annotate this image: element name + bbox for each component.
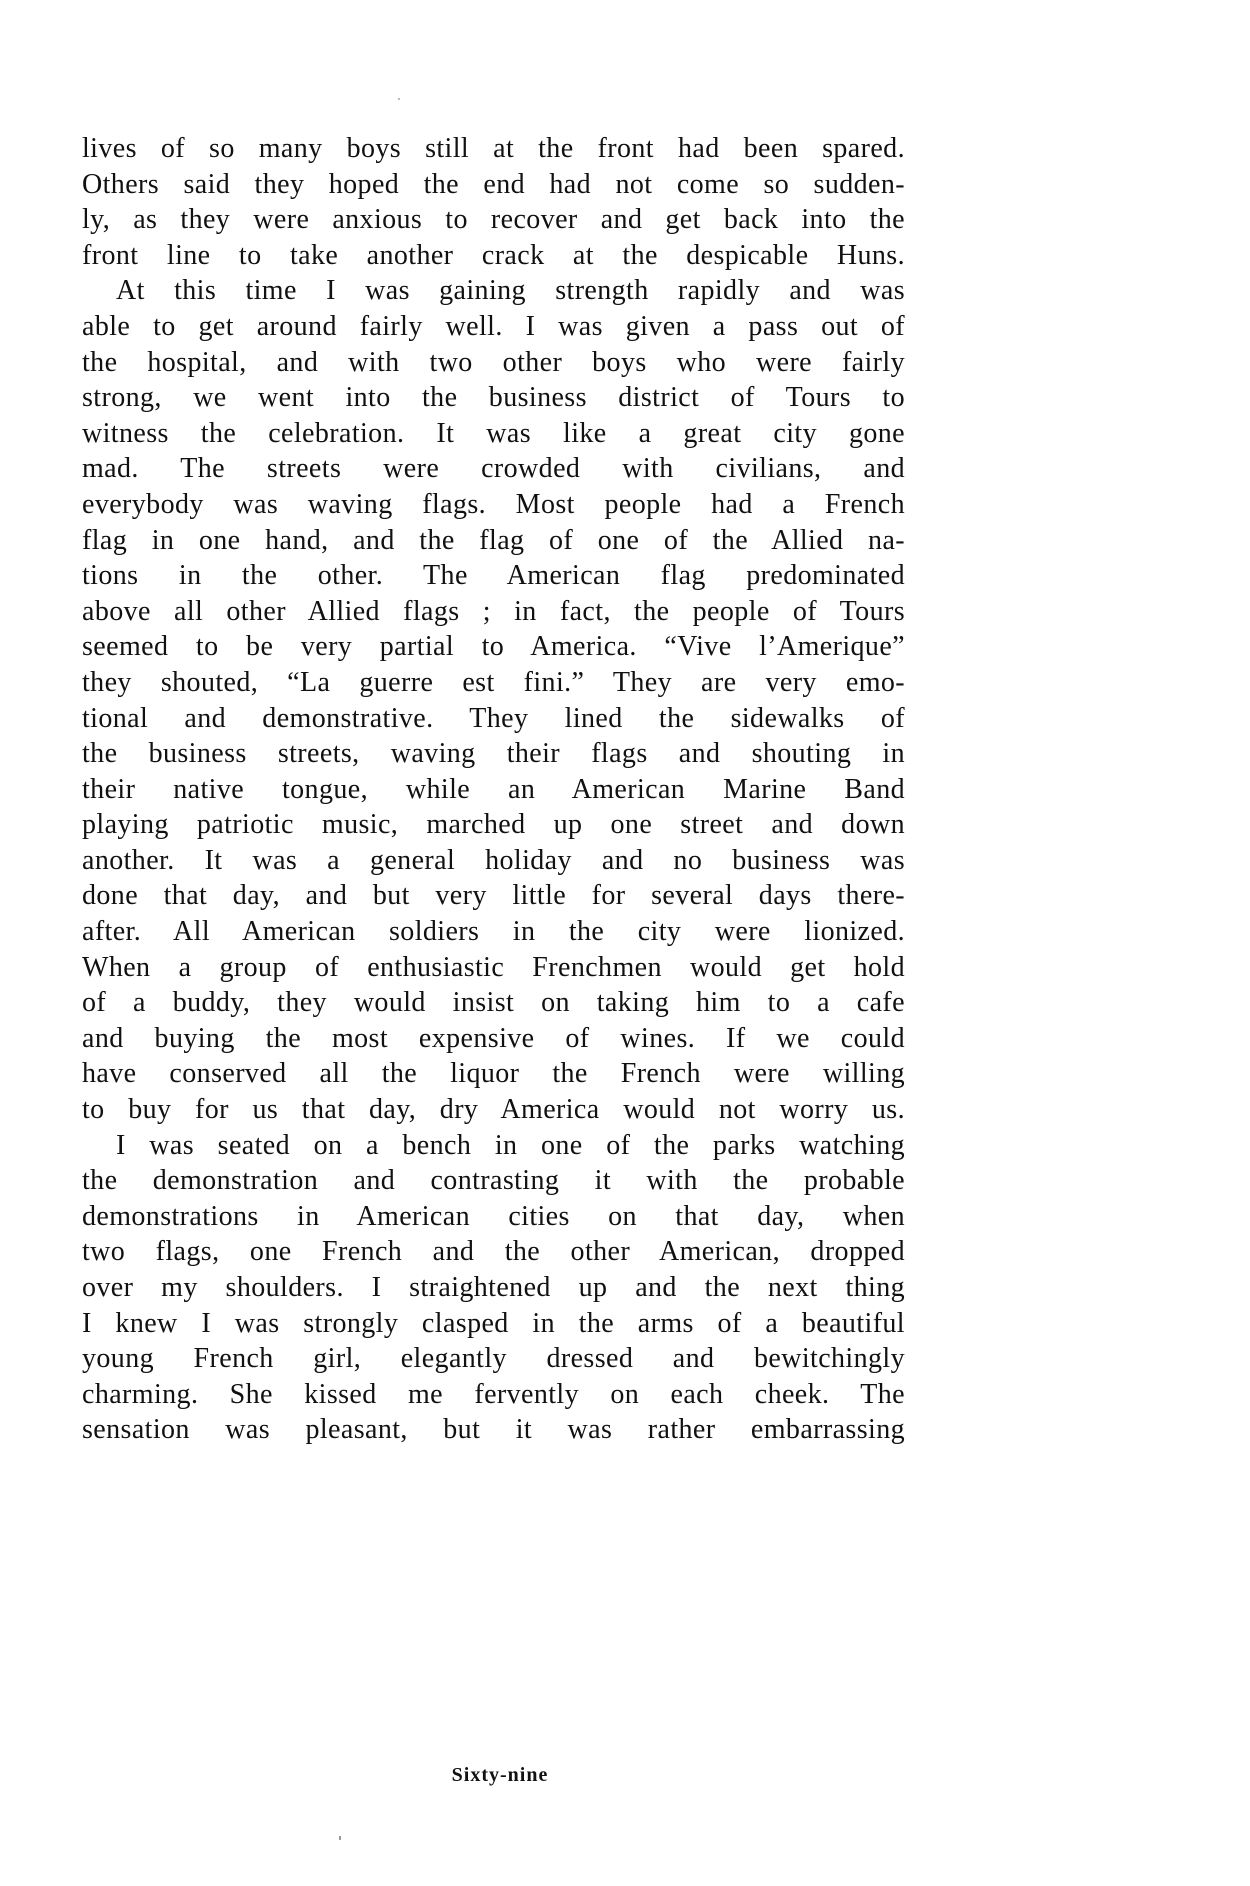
paragraph-1: lives of so many boys still at the front… <box>82 131 905 273</box>
text-line: the demonstration and contrasting it wit… <box>82 1163 905 1199</box>
text-line: sensation was pleasant, but it was rathe… <box>82 1412 905 1448</box>
text-line: front line to take another crack at the … <box>82 238 905 274</box>
text-line: their native tongue, while an American M… <box>82 772 905 808</box>
text-line: tional and demonstrative. They lined the… <box>82 701 905 737</box>
text-line: charming. She kissed me fervently on eac… <box>82 1377 905 1413</box>
text-line: everybody was waving flags. Most people … <box>82 487 905 523</box>
text-line: another. It was a general holiday and no… <box>82 843 905 879</box>
text-line: and buying the most expensive of wines. … <box>82 1021 905 1057</box>
paragraph-3: I was seated on a bench in one of the pa… <box>82 1128 905 1448</box>
page-number: Sixty-nine <box>0 1764 1000 1787</box>
text-line: mad. The streets were crowded with civil… <box>82 451 905 487</box>
text-line: At this time I was gaining strength rapi… <box>82 273 905 309</box>
text-line: after. All American soldiers in the city… <box>82 914 905 950</box>
text-line: able to get around fairly well. I was gi… <box>82 309 905 345</box>
text-line: have conserved all the liquor the French… <box>82 1056 905 1092</box>
paragraph-2: At this time I was gaining strength rapi… <box>82 273 905 1127</box>
body-text: lives of so many boys still at the front… <box>82 131 905 1448</box>
text-line: flag in one hand, and the flag of one of… <box>82 523 905 559</box>
text-line: ly, as they were anxious to recover and … <box>82 202 905 238</box>
text-line: they shouted, “La guerre est fini.” They… <box>82 665 905 701</box>
text-line: done that day, and but very little for s… <box>82 878 905 914</box>
text-line: witness the celebration. It was like a g… <box>82 416 905 452</box>
scan-speck <box>398 98 400 100</box>
text-line: two flags, one French and the other Amer… <box>82 1234 905 1270</box>
text-line: tions in the other. The American flag pr… <box>82 558 905 594</box>
text-line: to buy for us that day, dry America woul… <box>82 1092 905 1128</box>
text-line: of a buddy, they would insist on taking … <box>82 985 905 1021</box>
text-line: lives of so many boys still at the front… <box>82 131 905 167</box>
text-line: above all other Allied flags ; in fact, … <box>82 594 905 630</box>
text-line: the hospital, and with two other boys wh… <box>82 345 905 381</box>
text-line: When a group of enthusiastic Frenchmen w… <box>82 950 905 986</box>
text-line: I knew I was strongly clasped in the arm… <box>82 1306 905 1342</box>
text-line: over my shoulders. I straightened up and… <box>82 1270 905 1306</box>
text-line: seemed to be very partial to America. “V… <box>82 629 905 665</box>
text-line: the business streets, waving their flags… <box>82 736 905 772</box>
book-page: lives of so many boys still at the front… <box>0 0 1250 1886</box>
scan-speck <box>339 1836 341 1840</box>
text-line: strong, we went into the business distri… <box>82 380 905 416</box>
text-line: young French girl, elegantly dressed and… <box>82 1341 905 1377</box>
text-line: playing patriotic music, marched up one … <box>82 807 905 843</box>
text-line: Others said they hoped the end had not c… <box>82 167 905 203</box>
text-line: I was seated on a bench in one of the pa… <box>82 1128 905 1164</box>
text-line: demonstrations in American cities on tha… <box>82 1199 905 1235</box>
